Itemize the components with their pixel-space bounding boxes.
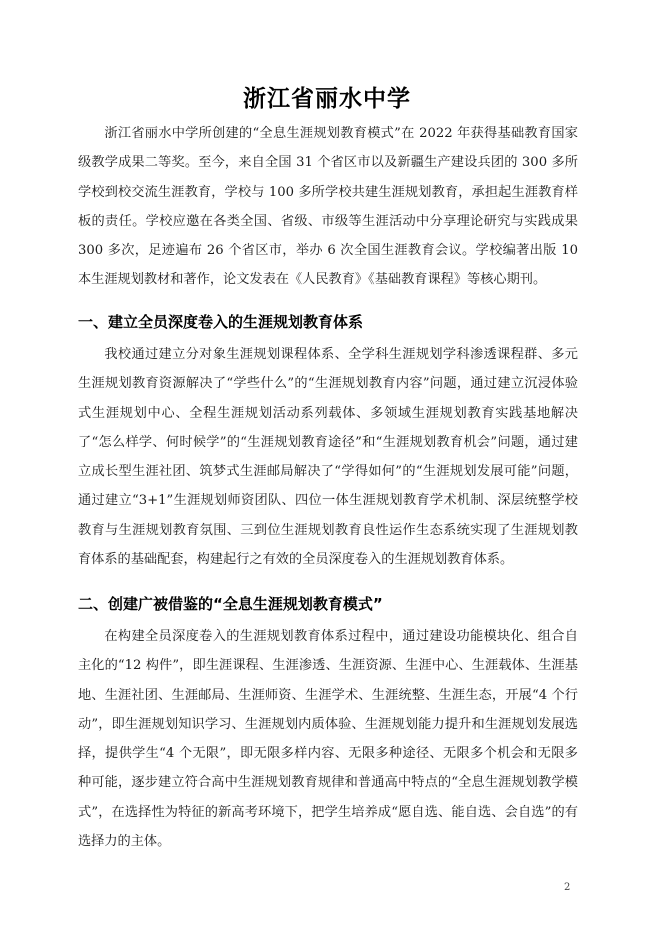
section-1-heading: 一、建立全员深度卷入的生涯规划教育体系 — [78, 311, 578, 332]
section-1-body: 我校通过建立分对象生涯规划课程体系、全学科生涯规划学科渗透课程群、多元生涯规划教… — [78, 340, 578, 574]
page-number: 2 — [564, 882, 570, 893]
document-title: 浙江省丽水中学 — [0, 80, 654, 113]
section-2-body: 在构建全员深度卷入的生涯规划教育体系过程中，通过建设功能模块化、组合自主化的“1… — [78, 622, 578, 856]
intro-paragraph: 浙江省丽水中学所创建的“全息生涯规划教育模式”在 2022 年获得基础教育国家级… — [78, 119, 578, 295]
section-2-heading: 二、创建广被借鉴的“全息生涯规划教育模式” — [78, 593, 578, 614]
